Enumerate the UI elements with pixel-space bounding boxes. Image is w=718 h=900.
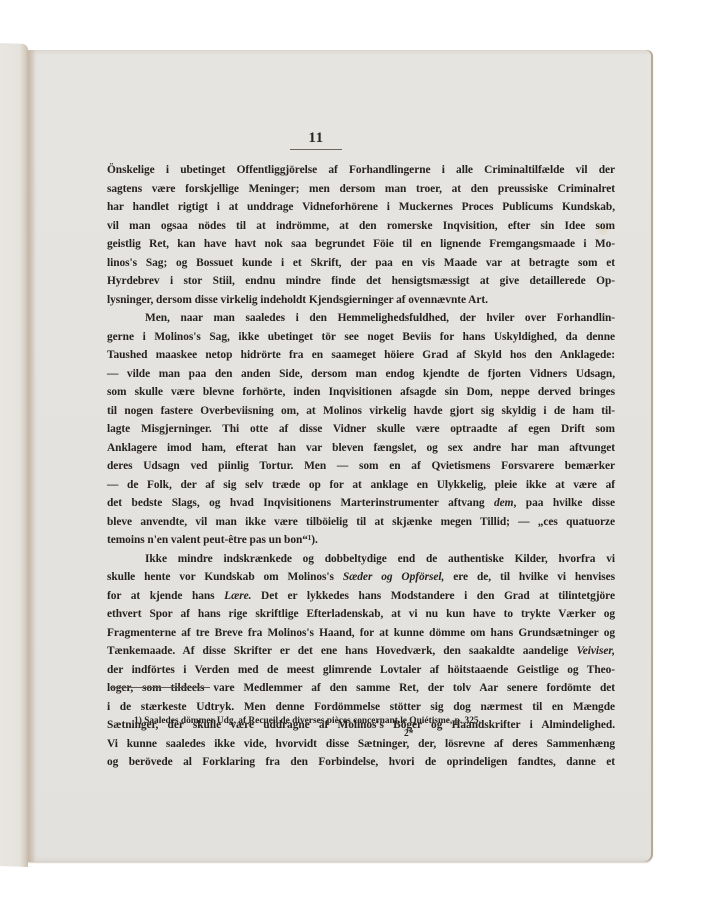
text-line: Men, naar man saaledes i den Hemmelighed… xyxy=(107,309,615,328)
text-line: temoins n'en valent peut-être pas un bon… xyxy=(107,531,615,550)
text-segment: , paa hvilke disse xyxy=(514,497,616,509)
text-line: bleve anvendte, vil man ikke være tilböi… xyxy=(107,513,615,532)
text-line: der indförtes i Verden med de meest glim… xyxy=(107,661,615,680)
text-line: sagtens være forskjellige Meninger; men … xyxy=(107,180,615,199)
text-line: til nogen fastere Overbeviisning om, at … xyxy=(107,402,615,421)
italic-term: Lære. xyxy=(224,590,251,602)
text-segment: for at kjende hans xyxy=(107,590,215,602)
text-line: loger, som tildeels vare Medlemmer af de… xyxy=(107,679,615,698)
text-line: og berövede al Forklaring fra den Forbin… xyxy=(107,753,615,772)
text-line: Taushed maaskee netop hidrörte fra en sa… xyxy=(107,346,615,365)
text-line: det bedste Slags, og hvad Inqvisitionens… xyxy=(107,494,615,513)
text-line: Ikke mindre indskrænkede og dobbeltydige… xyxy=(107,550,615,569)
text-line: ethvert Spor af hans rige skriftlige Eft… xyxy=(107,605,615,624)
text-segment: det bedste Slags, og hvad Inqvisitionens… xyxy=(107,497,485,509)
text-segment: ere de, til hvilke vi henvises xyxy=(444,571,615,583)
left-page-edge xyxy=(0,43,28,867)
page-number-rule xyxy=(290,149,342,150)
text-line: Hyrdebrev i stor Stiil, endnu mindre fin… xyxy=(107,272,615,291)
footnote-rule xyxy=(110,687,210,688)
text-line: Önskelige i ubetinget Offentliggjörelse … xyxy=(107,161,615,180)
text-line: i de stærkeste Udtryk. Men denne Fordömm… xyxy=(107,698,615,717)
text-line: som skulle være blevne forhörte, inden I… xyxy=(107,383,615,402)
text-line: vil man ogsaa nödes til at indrömme, at … xyxy=(107,217,615,236)
text-line: Tænkemaade. Af disse Skrifter er det ene… xyxy=(107,642,615,661)
text-line: lagte Misgjerninger. Thi otte af disse V… xyxy=(107,420,615,439)
footnote: 1) Saaledes dömmer Udg. af Recueil de di… xyxy=(134,716,481,726)
text-line: Vi kunne saaledes ikke vide, hvorvidt di… xyxy=(107,735,615,754)
gutter-shadow xyxy=(28,50,36,862)
text-line: gerne i Molinos's Sag, ikke ubetinget tö… xyxy=(107,328,615,347)
italic-term: Sæder og Opförsel, xyxy=(343,571,445,583)
body-text: Önskelige i ubetinget Offentliggjörelse … xyxy=(107,161,615,772)
signature-mark: 2* xyxy=(404,729,413,739)
text-line: — vilde man paa den anden Side, dersom m… xyxy=(107,365,615,384)
text-line: Anklagere imod ham, efterat han var blev… xyxy=(107,439,615,458)
text-line: linos's Sag; og Bossuet kunde i et Skrif… xyxy=(107,254,615,273)
text-segment: Det er lykkedes hans Modstandere i den G… xyxy=(251,590,615,602)
italic-term: dem xyxy=(494,497,513,509)
page-number: 11 xyxy=(290,130,342,147)
text-line: geistlig Ret, kan have havt nok saa begr… xyxy=(107,235,615,254)
text-line: Fragmenterne af tre Breve fra Molinos's … xyxy=(107,624,615,643)
text-line: har handlet rigtigt i at unddrage Vidnef… xyxy=(107,198,615,217)
text-line: deres Udsagn ved piinlig Tortur. Men — s… xyxy=(107,457,615,476)
text-line: lysninger, dersom disse virkelig indehol… xyxy=(107,291,615,310)
italic-term: Veiviser, xyxy=(577,645,615,657)
text-segment: Tænkemaade. Af disse Skrifter er det ene… xyxy=(107,645,568,657)
text-line: skulle hente vor Kundskab om Molinos's S… xyxy=(107,568,615,587)
text-line: for at kjende hans Lære. Det er lykkedes… xyxy=(107,587,615,606)
text-line: — de Folk, der af sig selv træde op for … xyxy=(107,476,615,495)
text-segment: skulle hente vor Kundskab om Molinos's xyxy=(107,571,334,583)
